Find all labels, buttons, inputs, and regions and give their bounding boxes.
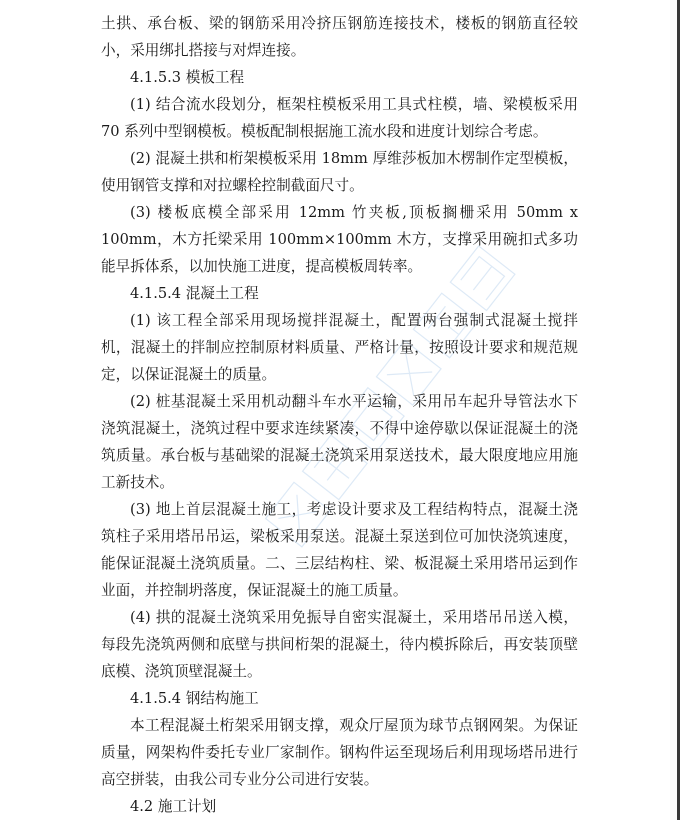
paragraph-steel-structure: 本工程混凝土桁架采用钢支撑，观众厅屋顶为球节点钢网架。为保证质量，网架构件委托专…	[101, 712, 578, 793]
paragraph-formwork-2: (2) 混凝土拱和桁架模板采用 18mm 厚维莎板加木楞制作定型模板，使用钢管支…	[101, 145, 578, 199]
heading-formwork: 4.1.5.3 模板工程	[101, 64, 578, 91]
paragraph-formwork-1: (1) 结合流水段划分，框架柱模板采用工具式柱模，墙、梁模板采用 70 系列中型…	[101, 91, 578, 145]
paragraph-formwork-3: (3) 楼板底模全部采用 12mm 竹夹板,顶板搁栅采用 50mm x 100m…	[101, 199, 578, 280]
heading-concrete: 4.1.5.4 混凝土工程	[101, 280, 578, 307]
paragraph-concrete-4: (4) 拱的混凝土浇筑采用免振导自密实混凝土，采用塔吊吊送入模，每段先浇筑两侧和…	[101, 604, 578, 685]
paragraph-concrete-3: (3) 地上首层混凝土施工，考虑设计要求及工程结构特点，混凝土浇筑柱子采用塔吊吊…	[101, 496, 578, 604]
paragraph-rebar-connection: 土拱、承台板、梁的钢筋采用冷挤压钢筋连接技术，楼板的钢筋直径较小，采用绑扎搭接与…	[101, 10, 578, 64]
document-body: 土拱、承台板、梁的钢筋采用冷挤压钢筋连接技术，楼板的钢筋直径较小，采用绑扎搭接与…	[101, 10, 578, 820]
paragraph-concrete-1: (1) 该工程全部采用现场搅拌混凝土，配置两台强制式混凝土搅拌机，混凝土的拌制应…	[101, 307, 578, 388]
paragraph-concrete-2: (2) 桩基混凝土采用机动翻斗车水平运输，采用吊车起升导管法水下浇筑混凝土，浇筑…	[101, 388, 578, 496]
heading-steel-structure: 4.1.5.4 钢结构施工	[101, 685, 578, 712]
heading-construction-plan: 4.2 施工计划	[101, 793, 578, 820]
document-page: 土拱、承台板、梁的钢筋采用冷挤压钢筋连接技术，楼板的钢筋直径较小，采用绑扎搭接与…	[0, 0, 680, 820]
